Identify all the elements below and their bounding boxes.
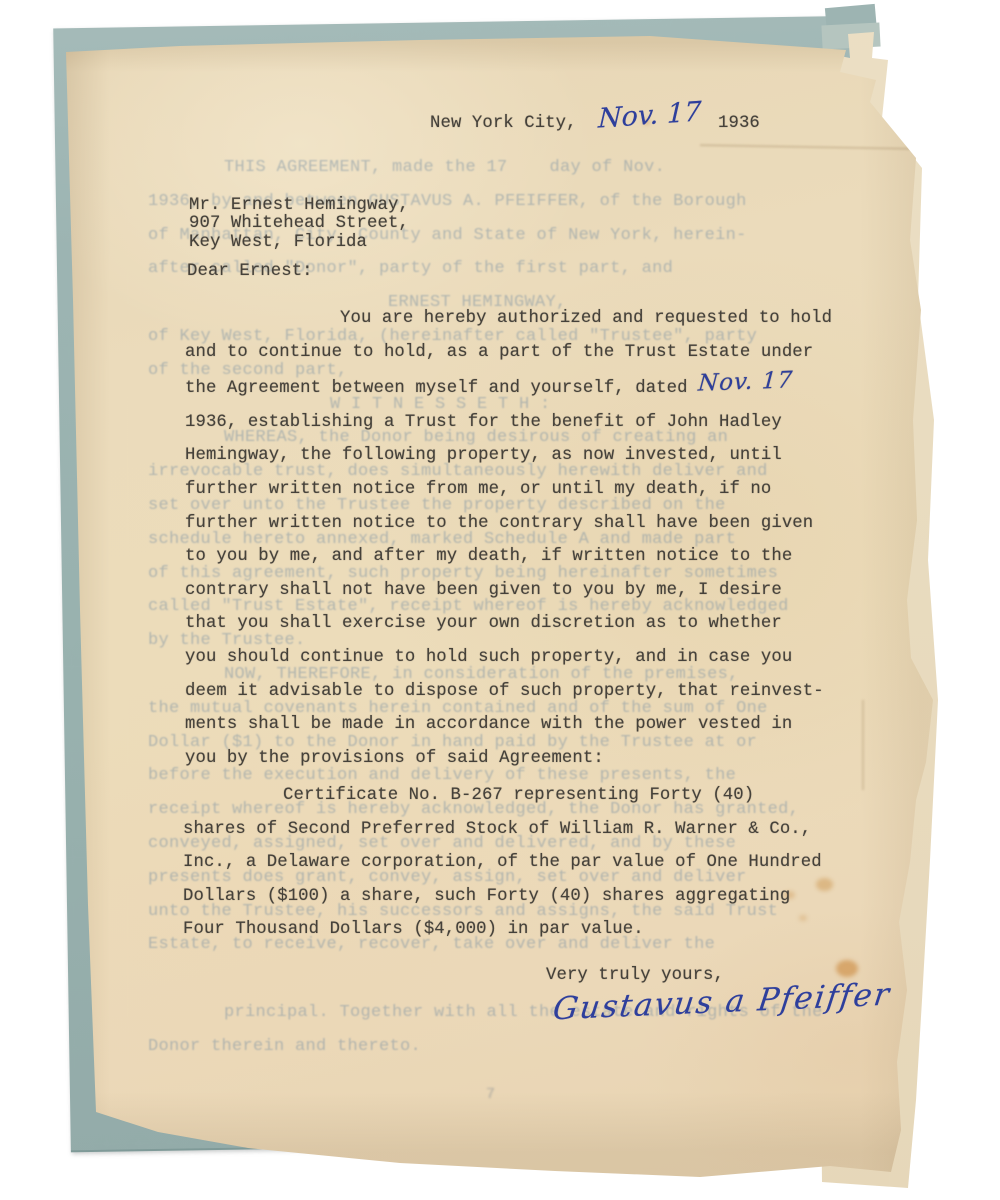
body-line: 1936, establishing a Trust for the benef… bbox=[185, 406, 832, 440]
body-line: further written notice from me, or until… bbox=[185, 473, 832, 507]
body-line: contrary shall not have been given to yo… bbox=[185, 574, 832, 608]
body-line: You are hereby authorized and requested … bbox=[340, 302, 832, 336]
dateline-year: 1936 bbox=[718, 114, 760, 133]
body-line: further written notice to the contrary s… bbox=[185, 507, 832, 541]
body-paragraph-2: Certificate No. B-267 representing Forty… bbox=[183, 779, 822, 947]
recipient-line: Mr. Ernest Hemingway, bbox=[189, 197, 409, 215]
body-line: Hemingway, the following property, as no… bbox=[185, 439, 832, 473]
ghost-page-number: 7 bbox=[486, 1086, 495, 1103]
body-line: you by the provisions of said Agreement: bbox=[185, 742, 832, 776]
body-line: deem it advisable to dispose of such pro… bbox=[185, 675, 832, 709]
recipient-line: Key West, Florida bbox=[189, 234, 409, 252]
body-line: shares of Second Preferred Stock of Will… bbox=[183, 813, 822, 847]
scanned-letter-document: THIS AGREEMENT, made the 17 day of Nov.1… bbox=[0, 0, 1000, 1200]
body-line: you should continue to hold such propert… bbox=[185, 641, 832, 675]
body-line: that you shall exercise your own discret… bbox=[185, 607, 832, 641]
paper-crease bbox=[862, 700, 864, 790]
ghost-line: THIS AGREEMENT, made the 17 day of Nov. bbox=[224, 151, 848, 185]
body-line: to you by me, and after my death, if wri… bbox=[185, 540, 832, 574]
body-line: Four Thousand Dollars ($4,000) in par va… bbox=[183, 913, 822, 947]
handwritten-date: Nov. 17 bbox=[696, 364, 793, 401]
body-line: Dollars ($100) a share, such Forty (40) … bbox=[183, 880, 822, 914]
body-line: and to continue to hold, as a part of th… bbox=[185, 336, 832, 370]
body-line: the Agreement between myself and yoursel… bbox=[185, 369, 832, 406]
body-line: Certificate No. B-267 representing Forty… bbox=[283, 779, 822, 813]
salutation: Dear Ernest: bbox=[187, 262, 313, 281]
body-paragraph-1: You are hereby authorized and requested … bbox=[185, 302, 832, 775]
dateline-city: New York City, bbox=[430, 114, 577, 133]
recipient-line: 907 Whitehead Street, bbox=[189, 215, 409, 233]
ghost-line: Donor therein and thereto. bbox=[148, 1030, 848, 1064]
recipient-address-block: Mr. Ernest Hemingway,907 Whitehead Stree… bbox=[189, 197, 409, 252]
closing-valediction: Very truly yours, bbox=[546, 966, 724, 985]
body-line: Inc., a Delaware corporation, of the par… bbox=[183, 846, 822, 880]
body-line: ments shall be made in accordance with t… bbox=[185, 708, 832, 742]
